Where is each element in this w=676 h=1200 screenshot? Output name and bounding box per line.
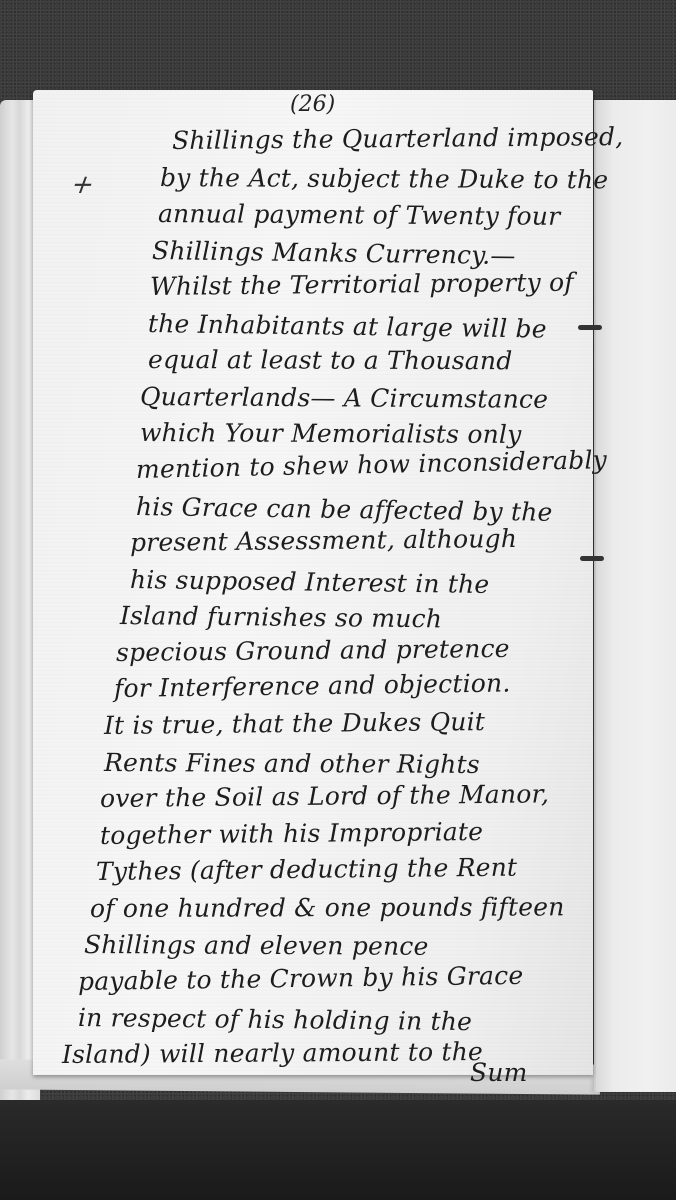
text-line: Island) will nearly amount to the xyxy=(62,1037,483,1069)
text-line: his Grace can be affected by the xyxy=(136,492,553,527)
text-line: in respect of his holding in the xyxy=(78,1003,472,1036)
text-line: for Interference and objection. xyxy=(114,669,511,704)
text-line: specious Ground and pretence xyxy=(116,634,510,667)
text-line: equal at least to a Thousand xyxy=(148,345,513,375)
manuscript-text: Shillings the Quarterland imposed, by th… xyxy=(0,0,676,1200)
text-line: Rents Fines and other Rights xyxy=(104,748,480,779)
text-line: Shillings Manks Currency.— xyxy=(152,236,516,270)
text-line: over the Soil as Lord of the Manor, xyxy=(100,779,549,813)
text-line: by the Act, subject the Duke to the xyxy=(160,163,609,194)
text-line: payable to the Crown by his Grace xyxy=(78,961,524,996)
text-line: Quarterlands— A Circumstance xyxy=(140,382,548,414)
text-line: It is true, that the Dukes Quit xyxy=(104,707,485,740)
text-line: present Assessment, although xyxy=(130,524,517,557)
text-line: the Inhabitants at large will be xyxy=(148,309,547,344)
text-line: his supposed Interest in the xyxy=(130,565,490,599)
text-line: Tythes (after deducting the Rent xyxy=(96,853,518,886)
text-line: Whilst the Territorial property of xyxy=(150,268,574,301)
text-line: Island furnishes so much xyxy=(120,601,442,633)
text-line: Shillings and eleven pence xyxy=(84,930,429,961)
text-line: annual payment of Twenty four xyxy=(158,199,560,231)
catchword: Sum xyxy=(470,1058,528,1087)
text-line: which Your Memorialists only xyxy=(140,418,522,449)
text-line: mention to shew how inconsiderably xyxy=(136,445,608,484)
text-line: Shillings the Quarterland imposed, xyxy=(172,122,624,155)
text-line: of one hundred & one pounds fifteen xyxy=(90,892,565,923)
text-line: together with his Impropriate xyxy=(100,817,483,850)
